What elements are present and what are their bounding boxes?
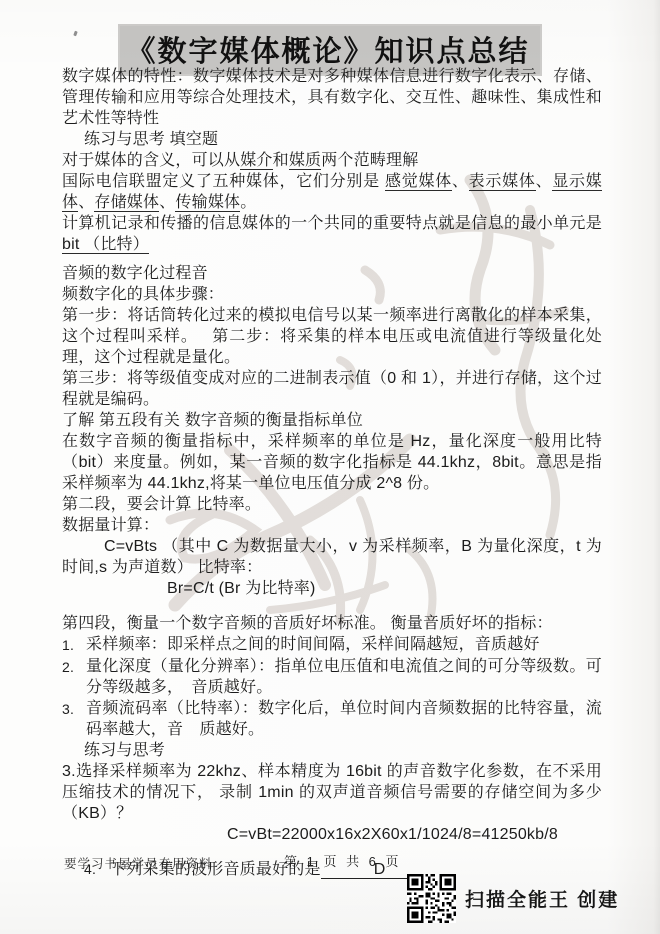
list-item-quant-depth: 2. 量化深度（量化分辨率）：指单位电压值和电流值之间的可分等级数。可分等级越多… — [62, 656, 602, 698]
underlined-answer: 感觉媒体 — [385, 173, 452, 191]
para-steps-1-2: 第一步：将话筒转化过来的模拟电信号以某一频率进行离散化的样本采集，这个过程叫采样… — [62, 305, 602, 368]
para-segment4-quality: 第四段，衡量一个数字音频的音质好坏标准。 衡量音质好坏的指标： — [62, 613, 602, 634]
list-item-sampling-rate: 1. 采样频率：即采样点之间的时间间隔，采样间隔越短，音质越好 — [62, 634, 602, 656]
para-step-3: 第三步：将等级值变成对应的二进制表示值（0 和 1），并进行存储，这个过程就是编… — [62, 368, 602, 410]
para-practice-2: 练习与思考 — [62, 740, 602, 761]
underlined-answer: 媒质 — [289, 152, 321, 170]
para-data-calc-heading: 数据量计算： — [62, 515, 602, 536]
list-number: 3. — [62, 698, 86, 740]
formula-question-3: C=vBt=22000x16x2X60x1/1024/8=41250kb/8 — [62, 824, 602, 845]
list-item-stream-bitrate: 3. 音频流码率（比特率）：数字化后，单位时间内音频数据的比特容量，流码率越大，… — [62, 698, 602, 740]
list-number: 2. — [62, 656, 86, 698]
document-body: 数字媒体的特性：数字媒体技术是对多种媒体信息进行数字化表示、存储、管理传输和应用… — [62, 66, 602, 880]
scanned-document-page: 《数字媒体概论》知识点总结 数字媒体的特性：数字媒体技术是对多种媒体信息进行数字… — [0, 0, 660, 934]
para-segment2-bitrate: 第二段，要会计算 比特率。 — [62, 494, 602, 515]
underlined-answer: 传输媒体 — [175, 194, 240, 212]
spacer — [62, 599, 602, 613]
para-question-3: 3.选择采样频率为 22khz、样本精度为 16bit 的声音数字化参数，在不采… — [62, 761, 602, 824]
underlined-answer: 表示媒体 — [469, 173, 536, 191]
spacer — [62, 255, 602, 263]
para-media-meaning: 对于媒体的含义，可以从媒介和媒质两个范畴理解 — [62, 150, 602, 171]
underlined-answer: bit （比特） — [62, 236, 149, 254]
para-audio-digitization-heading-2: 频数字化的具体步骤： — [62, 284, 602, 305]
underlined-answer: 存储媒体 — [94, 194, 159, 212]
qr-code-icon — [407, 874, 456, 923]
para-audio-metrics: 在数字音频的衡量指标中，采样频率的单位是 Hz，量化深度一般用比特（bit）来度… — [62, 431, 602, 494]
footer-page-number: 第 1 页 共 6 页 — [284, 851, 402, 870]
formula-bitrate: Br=C/t (Br 为比特率) — [62, 578, 602, 599]
footer-source-label: 要学习书屋学员专用资料 — [64, 854, 213, 872]
para-practice-fill-blanks: 练习与思考 填空题 — [62, 129, 602, 150]
camscanner-created-label: 扫描全能王 创建 — [465, 885, 619, 912]
document-title-wrap: 《数字媒体概论》知识点总结 — [0, 0, 660, 74]
para-know-section5: 了解 第五段有关 数字音频的衡量指标单位 — [62, 410, 602, 431]
para-digital-media-features: 数字媒体的特性：数字媒体技术是对多种媒体信息进行数字化表示、存储、管理传输和应用… — [62, 66, 602, 129]
camscanner-mark: 扫描全能王 创建 — [407, 874, 619, 923]
underlined-answer: 媒介 — [240, 152, 272, 170]
list-number: 1. — [62, 634, 86, 656]
formula-data-amount: C=vBts （其中 C 为数据量大小，v 为采样频率，B 为量化深度，t 为时… — [62, 536, 602, 578]
para-itu-five-media: 国际电信联盟定义了五种媒体，它们分别是 感觉媒体、表示媒体、显示媒体、存储媒体、… — [62, 171, 602, 213]
para-audio-digitization-heading-1: 音频的数字化过程音 — [62, 263, 602, 284]
para-bit-smallest-unit: 计算机记录和传播的信息媒体的一个共同的重要特点就是信息的最小单元是 bit （比… — [62, 213, 602, 255]
